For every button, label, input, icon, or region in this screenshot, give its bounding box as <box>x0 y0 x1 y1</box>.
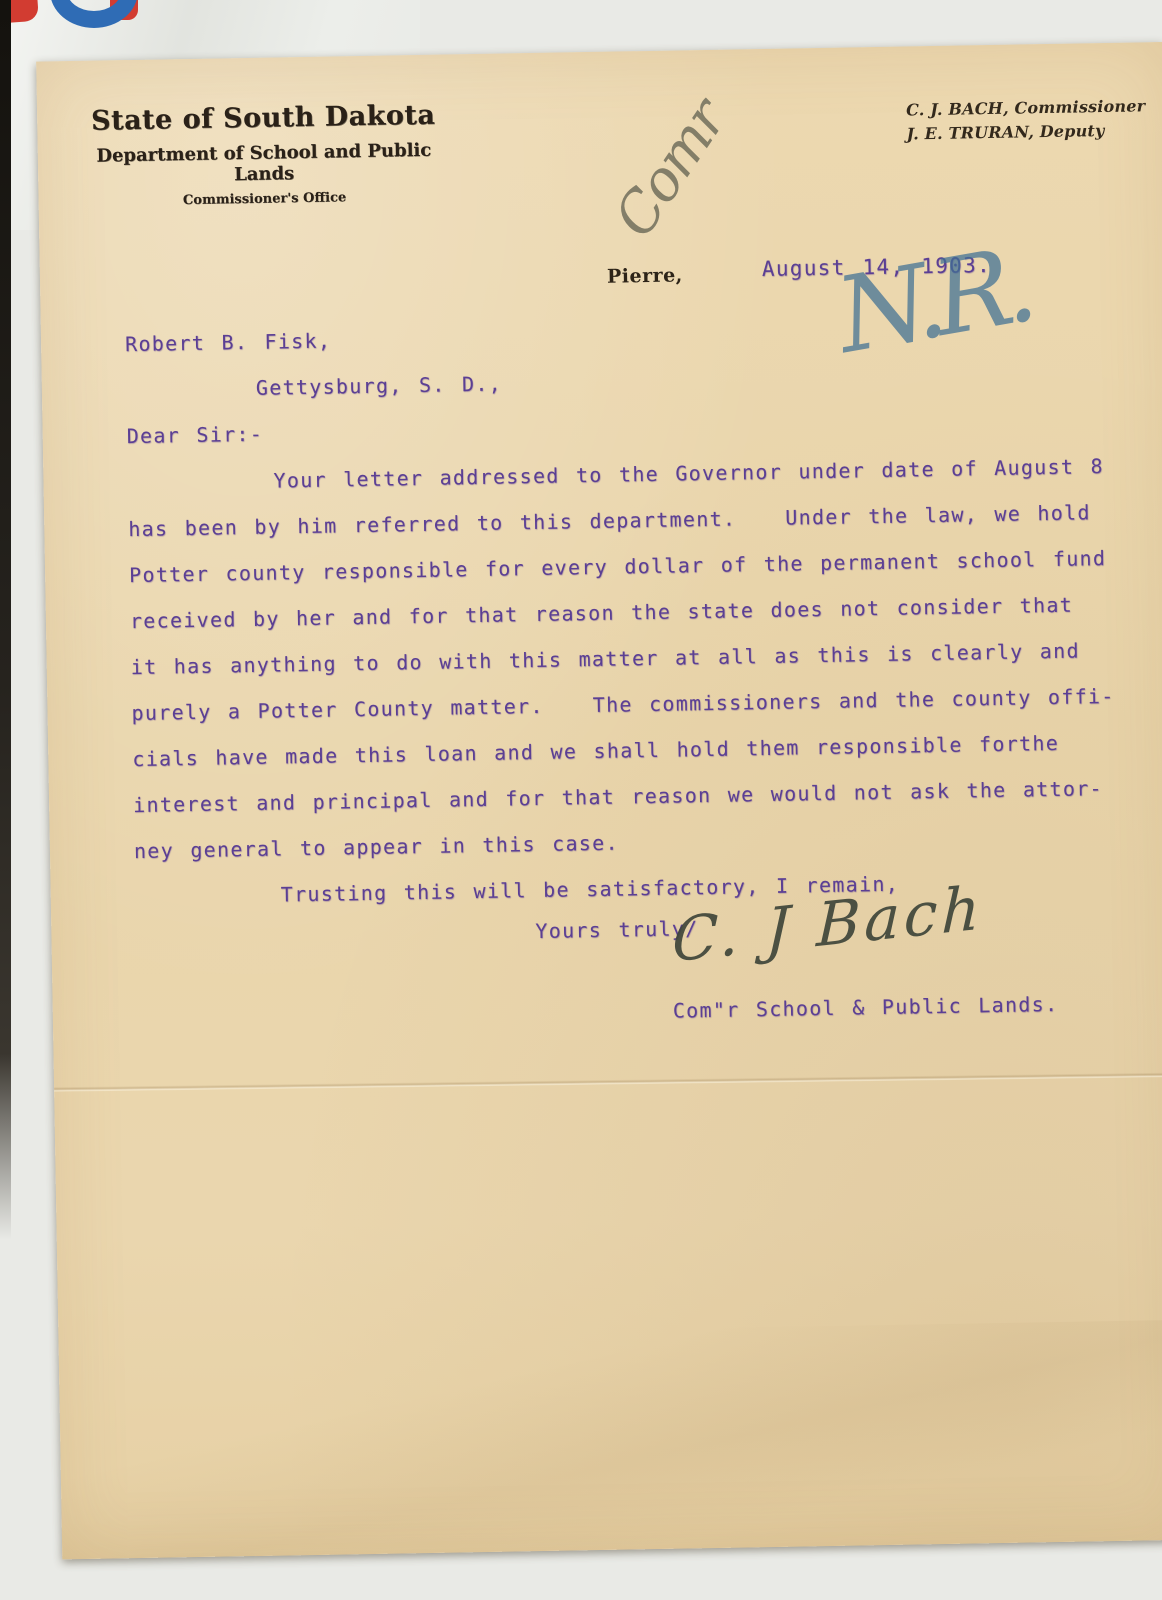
letterhead-department: Department of School and Public Lands <box>88 140 441 188</box>
pencil-annotation: Comr <box>567 63 773 274</box>
officer-deputy: J. E. TRURAN, Deputy <box>906 118 1152 146</box>
officer-commissioner: C. J. BACH, Commissioner <box>906 94 1152 122</box>
scan-edge-strip <box>0 0 11 1240</box>
letter-paper: State of South Dakota Department of Scho… <box>36 42 1162 1559</box>
letterhead-state: State of South Dakota <box>87 100 439 137</box>
recipient-city: Gettysburg, S. D., <box>256 372 503 400</box>
scan-background: State of South Dakota Department of Scho… <box>0 0 1162 1600</box>
salutation: Dear Sir:- <box>127 422 264 448</box>
letter-body: Your letter addressed to the Governor un… <box>127 443 1120 920</box>
paper-crease <box>54 1072 1162 1092</box>
letterhead-office: Commissioner's Office <box>89 189 441 210</box>
letterhead: State of South Dakota Department of Scho… <box>87 100 441 210</box>
letter-body-lines: Your letter addressed to the Governor un… <box>127 443 1119 874</box>
signer-title: Com"r School & Public Lands. <box>673 992 1059 1023</box>
recipient-name: Robert B. Fisk, <box>125 329 332 357</box>
officers-block: C. J. BACH, Commissioner J. E. TRURAN, D… <box>906 94 1153 146</box>
place-name: Pierre, <box>607 264 683 287</box>
blue-initials-annotation: N.R. <box>828 208 1133 424</box>
